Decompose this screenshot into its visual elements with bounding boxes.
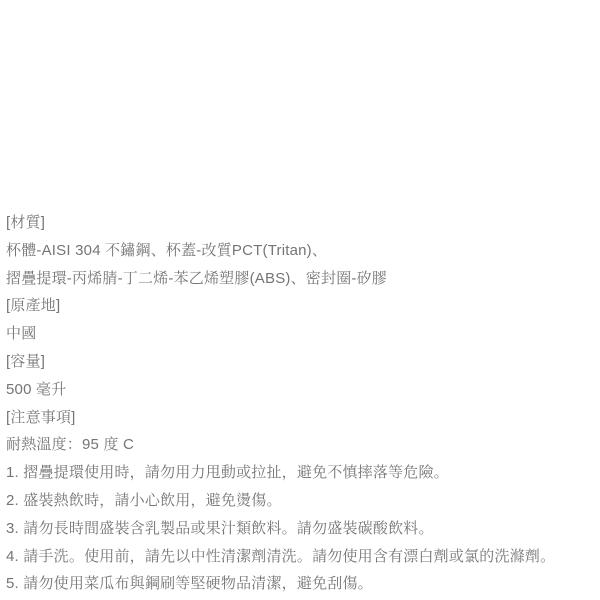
notes-item-1: 1. 摺疊提環使用時，請勿用力甩動或拉扯，避免不慎摔落等危險。 bbox=[6, 459, 600, 487]
notes-heat-tolerance-line: 耐熱溫度：95 度 C bbox=[6, 431, 600, 459]
product-description: [材質] 杯體-AISI 304 不鏽鋼、杯蓋-改質PCT(Tritan)、 摺… bbox=[6, 209, 600, 598]
origin-line: 中國 bbox=[6, 320, 600, 348]
material-line: 摺疊提環-丙烯腈-丁二烯-苯乙烯塑膠(ABS)、密封圈-矽膠 bbox=[6, 265, 600, 293]
notes-item-4: 4. 請手洗。使用前，請先以中性清潔劑清洗。請勿使用含有漂白劑或氯的洗滌劑。 bbox=[6, 543, 600, 571]
material-line: 杯體-AISI 304 不鏽鋼、杯蓋-改質PCT(Tritan)、 bbox=[6, 237, 600, 265]
notes-item-3: 3. 請勿長時間盛裝含乳製品或果汁類飲料。請勿盛裝碳酸飲料。 bbox=[6, 515, 600, 543]
section-heading-origin: [原產地] bbox=[6, 292, 600, 320]
section-heading-capacity: [容量] bbox=[6, 348, 600, 376]
capacity-line: 500 毫升 bbox=[6, 376, 600, 404]
section-heading-notes: [注意事項] bbox=[6, 404, 600, 432]
section-heading-material: [材質] bbox=[6, 209, 600, 237]
notes-item-2: 2. 盛裝熱飲時，請小心飲用，避免燙傷。 bbox=[6, 487, 600, 515]
notes-item-5: 5. 請勿使用菜瓜布與鋼刷等堅硬物品清潔，避免刮傷。 bbox=[6, 570, 600, 598]
